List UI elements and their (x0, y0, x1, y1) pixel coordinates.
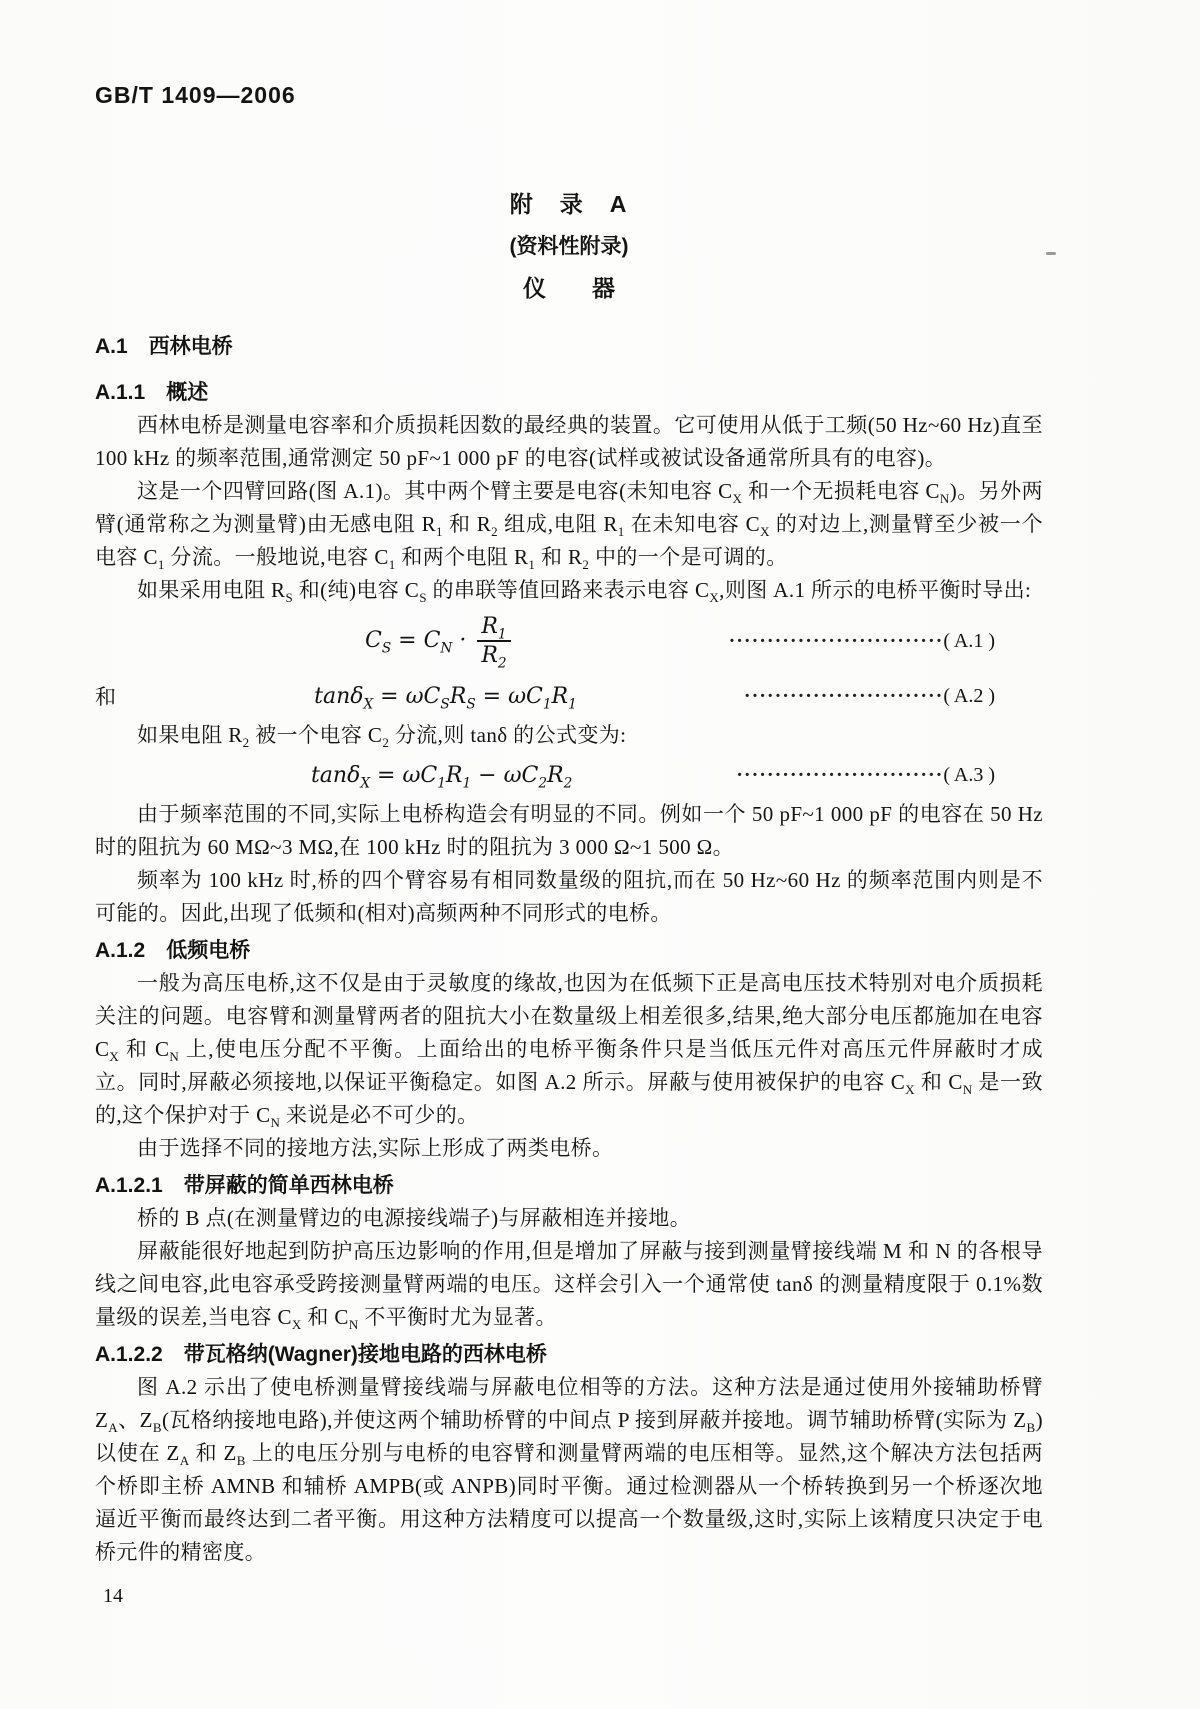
equation-a3: tanδX = ωC1R1 − ωC2R2 ··················… (95, 754, 1043, 796)
appendix-note: (资料性附录) (95, 230, 1043, 260)
paragraph-a12-2: 由于选择不同的接地方法,实际上形成了两类电桥。 (95, 1132, 1043, 1165)
section-heading-a11: A.1.1 概述 (95, 376, 1043, 409)
appendix-heading-block: 附 录 A (资料性附录) 仪 器 (95, 186, 1043, 303)
section-heading-a12: A.1.2 低频电桥 (95, 934, 1043, 967)
fraction-denominator: R2 (477, 642, 510, 668)
paragraph-a122-1: 图 A.2 示出了使电桥测量臂接线端与屏蔽电位相等的方法。这种方法是通过使用外接… (95, 1371, 1043, 1569)
equation-a1-label: ( A.1 ) (943, 630, 995, 652)
equation-a2-formula: tanδX = ωCSRS = ωC1R1 (147, 684, 744, 709)
equation-a1-lhs: CS = CN · (365, 628, 473, 653)
paragraph-a121-1: 桥的 B 点(在测量臂边的电源接线端子)与屏蔽相连并接地。 (95, 1202, 1043, 1235)
scan-artifact (1046, 252, 1056, 255)
equation-a2-prefix: 和 (95, 681, 147, 711)
paragraph-a11-3: 如果采用电阻 RS 和(纯)电容 CS 的串联等值回路来表示电容 CX,则图 A… (95, 574, 1043, 607)
equation-a2-reference: ··························( A.2 ) (744, 685, 1043, 708)
equation-a1-reference: ····························( A.1 ) (729, 630, 1043, 653)
page-number: 14 (95, 1585, 1043, 1608)
appendix-title: 附 录 A (95, 186, 1043, 219)
paragraph-a11-4: 如果电阻 R2 被一个电容 C2 分流,则 tanδ 的公式变为: (95, 719, 1043, 752)
equation-a1-formula: CS = CN · R1R2 (147, 614, 729, 668)
section-heading-a121: A.1.2.1 带屏蔽的简单西林电桥 (95, 1169, 1043, 1202)
equation-a3-reference: ···························( A.3 ) (736, 764, 1043, 787)
dot-leader: ·························· (744, 685, 943, 707)
fraction-numerator: R1 (477, 614, 510, 642)
paragraph-a11-2: 这是一个四臂回路(图 A.1)。其中两个臂主要是电容(未知电容 CX 和一个无损… (95, 475, 1043, 574)
content-area: 附 录 A (资料性附录) 仪 器 A.1 西林电桥 A.1.1 概述 西林电桥… (95, 186, 1043, 1608)
appendix-name: 仪 器 (95, 270, 1043, 303)
dot-leader: ··························· (736, 764, 943, 786)
paragraph-a11-1: 西林电桥是测量电容率和介质损耗因数的最经典的装置。它可使用从低于工频(50 Hz… (95, 409, 1043, 475)
fraction: R1R2 (477, 614, 510, 668)
equation-a3-formula: tanδX = ωC1R1 − ωC2R2 (147, 763, 736, 788)
section-heading-a1: A.1 西林电桥 (95, 330, 1043, 363)
paragraph-a11-6: 频率为 100 kHz 时,桥的四个臂容易有相同数量级的阻抗,而在 50 Hz~… (95, 864, 1043, 930)
equation-a2-label: ( A.2 ) (943, 685, 995, 707)
equation-a2: 和 tanδX = ωCSRS = ωC1R1 ················… (95, 675, 1043, 717)
document-page: GB/T 1409—2006 附 录 A (资料性附录) 仪 器 A.1 西林电… (0, 0, 1200, 1709)
standard-number: GB/T 1409—2006 (95, 82, 296, 109)
paragraph-a11-5: 由于频率范围的不同,实际上电桥构造会有明显的不同。例如一个 50 pF~1 00… (95, 798, 1043, 864)
equation-a3-label: ( A.3 ) (943, 764, 995, 786)
equation-a1: CS = CN · R1R2 ·························… (95, 609, 1043, 673)
dot-leader: ···························· (729, 630, 944, 652)
paragraph-a121-2: 屏蔽能很好地起到防护高压边影响的作用,但是增加了屏蔽与接到测量臂接线端 M 和 … (95, 1235, 1043, 1334)
section-heading-a122: A.1.2.2 带瓦格纳(Wagner)接地电路的西林电桥 (95, 1338, 1043, 1371)
paragraph-a12-1: 一般为高压电桥,这不仅是由于灵敏度的缘故,也因为在低频下正是高电压技术特别对电介… (95, 967, 1043, 1132)
